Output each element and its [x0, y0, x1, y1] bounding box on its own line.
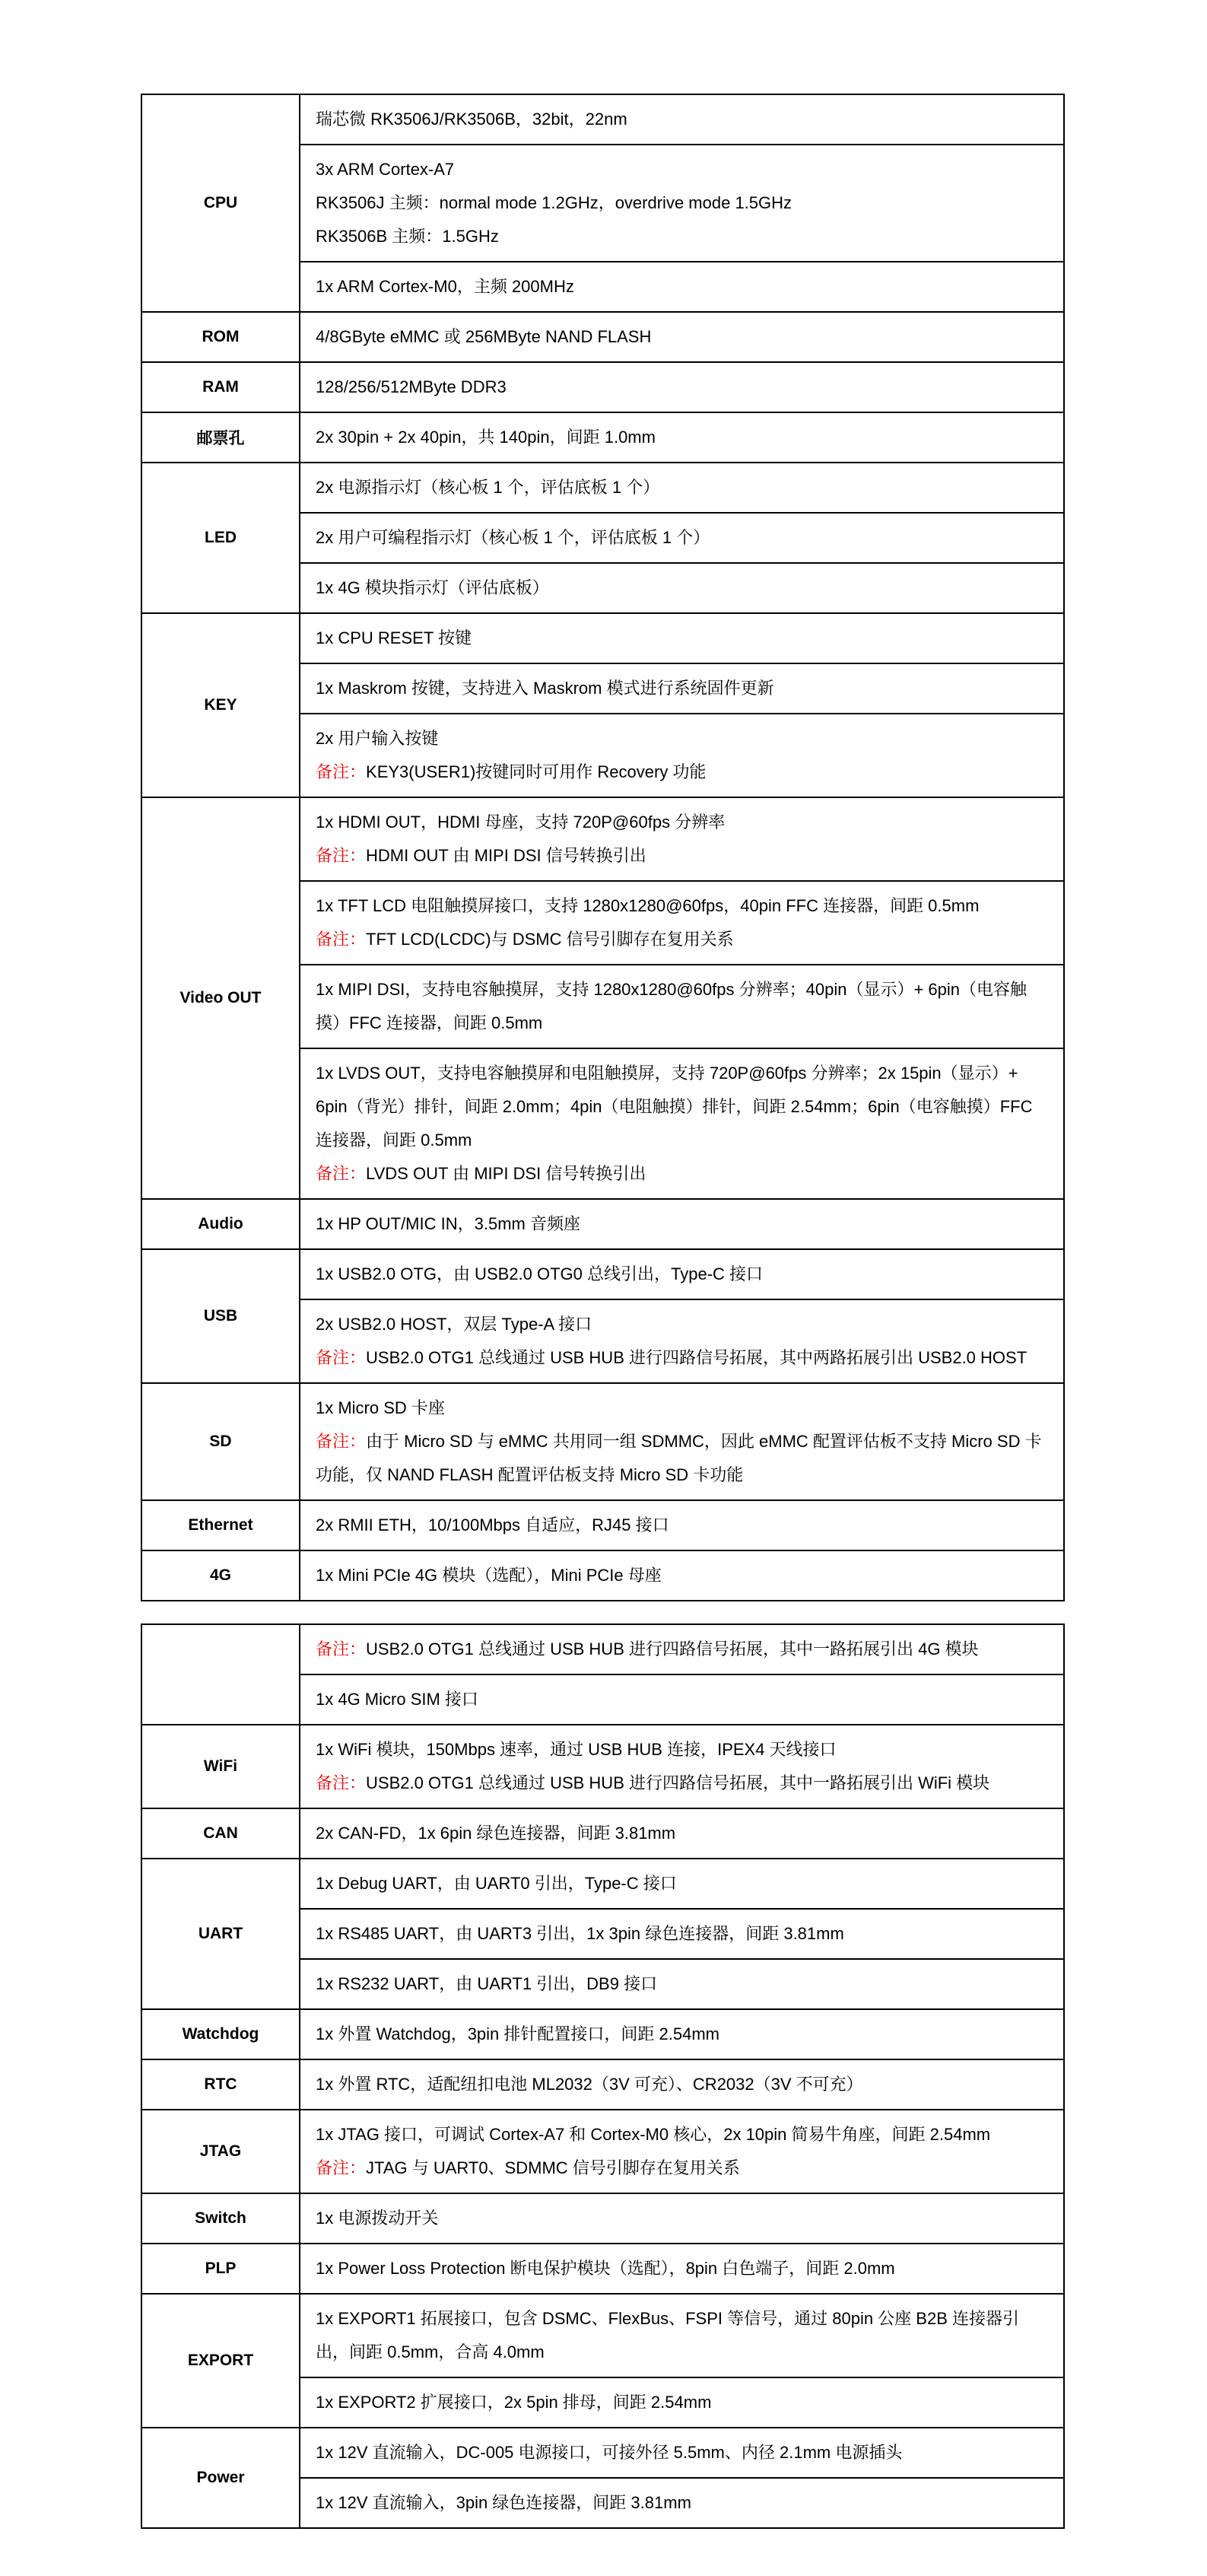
spec-row: WiFi 1x WiFi 模块，150Mbps 速率，通过 USB HUB 连接… [141, 1725, 1064, 1808]
spec-cell: 1x LVDS OUT，支持电容触摸屏和电阻触摸屏，支持 720P@60fps … [300, 1048, 1064, 1199]
spec-note-text: USB2.0 OTG1 总线通过 USB HUB 进行四路信号拓展，其中一路拓展… [366, 1639, 979, 1658]
spec-line: 1x Maskrom 按键，支持进入 Maskrom 模式进行系统固件更新 [316, 672, 1048, 705]
note-prefix: 备注： [316, 1348, 366, 1367]
spec-cell: 4/8GByte eMMC 或 256MByte NAND FLASH [300, 312, 1064, 362]
spec-note: 备注：JTAG 与 UART0、SDMMC 信号引脚存在复用关系 [316, 2151, 1048, 2185]
spec-row: Video OUT 1x HDMI OUT，HDMI 母座，支持 720P@60… [141, 797, 1064, 881]
spec-cell: 2x 用户可编程指示灯（核心板 1 个，评估底板 1 个） [300, 513, 1064, 563]
spec-cell: 1x HDMI OUT，HDMI 母座，支持 720P@60fps 分辨率 备注… [300, 797, 1064, 881]
spec-line: 1x WiFi 模块，150Mbps 速率，通过 USB HUB 连接，IPEX… [316, 1733, 1048, 1767]
spec-row: RTC 1x 外置 RTC，适配纽扣电池 ML2032（3V 可充）、CR203… [141, 2059, 1064, 2110]
spec-cell: 2x 用户输入按键 备注：KEY3(USER1)按键同时可用作 Recovery… [300, 714, 1064, 797]
spec-line: RK3506J 主频：normal mode 1.2GHz，overdrive … [316, 186, 1048, 220]
spec-row: 4G 1x Mini PCIe 4G 模块（选配），Mini PCIe 母座 [141, 1550, 1064, 1601]
spec-cell: 1x EXPORT1 拓展接口，包含 DSMC、FlexBus、FSPI 等信号… [300, 2294, 1064, 2377]
spec-line: 1x CPU RESET 按键 [316, 622, 1048, 655]
spec-row: Switch 1x 电源拨动开关 [141, 2193, 1064, 2244]
spec-row: 备注：USB2.0 OTG1 总线通过 USB HUB 进行四路信号拓展，其中一… [141, 1624, 1064, 1674]
spec-line: 1x Micro SD 卡座 [316, 1391, 1048, 1425]
spec-cell: 1x RS485 UART，由 UART3 引出，1x 3pin 绿色连接器，间… [300, 1909, 1064, 1959]
category-label-ethernet: Ethernet [141, 1500, 300, 1550]
spec-cell: 1x 4G 模块指示灯（评估底板） [300, 563, 1064, 613]
spec-row: Power 1x 12V 直流输入，DC-005 电源接口，可接外径 5.5mm… [141, 2428, 1064, 2478]
spec-line: 2x CAN-FD，1x 6pin 绿色连接器，间距 3.81mm [316, 1817, 1048, 1850]
note-prefix: 备注： [316, 1432, 366, 1451]
spec-cell: 1x USB2.0 OTG，由 USB2.0 OTG0 总线引出，Type-C … [300, 1249, 1064, 1299]
spec-row: JTAG 1x JTAG 接口，可调试 Cortex-A7 和 Cortex-M… [141, 2110, 1064, 2193]
spec-row: Watchdog 1x 外置 Watchdog，3pin 排针配置接口，间距 2… [141, 2009, 1064, 2059]
category-label-ram: RAM [141, 362, 300, 412]
spec-cell: 1x JTAG 接口，可调试 Cortex-A7 和 Cortex-M0 核心，… [300, 2110, 1064, 2193]
spec-cell: 1x HP OUT/MIC IN，3.5mm 音频座 [300, 1199, 1064, 1249]
spec-line: 瑞芯微 RK3506J/RK3506B，32bit，22nm [316, 103, 1048, 136]
spec-table-1: CPU 瑞芯微 RK3506J/RK3506B，32bit，22nm 3x AR… [141, 94, 1065, 1601]
spec-row: KEY 1x CPU RESET 按键 [141, 613, 1064, 663]
spec-cell: 1x Power Loss Protection 断电保护模块（选配），8pin… [300, 2244, 1064, 2294]
spec-note: 备注：USB2.0 OTG1 总线通过 USB HUB 进行四路信号拓展，其中一… [316, 1633, 1048, 1666]
category-label-wifi: WiFi [141, 1725, 300, 1808]
spec-note: 备注：由于 Micro SD 与 eMMC 共用同一组 SDMMC，因此 eMM… [316, 1425, 1048, 1492]
category-label-video-out: Video OUT [141, 797, 300, 1199]
spec-row: PLP 1x Power Loss Protection 断电保护模块（选配），… [141, 2244, 1064, 2294]
category-label-led: LED [141, 463, 300, 613]
spec-line: 2x 电源指示灯（核心板 1 个，评估底板 1 个） [316, 471, 1048, 504]
category-label-4g-continued [141, 1624, 300, 1725]
spec-note: 备注：LVDS OUT 由 MIPI DSI 信号转换引出 [316, 1157, 1048, 1191]
spec-line: 4/8GByte eMMC 或 256MByte NAND FLASH [316, 320, 1048, 354]
spec-note: 备注：USB2.0 OTG1 总线通过 USB HUB 进行四路信号拓展，其中一… [316, 1767, 1048, 1800]
spec-cell: 2x CAN-FD，1x 6pin 绿色连接器，间距 3.81mm [300, 1808, 1064, 1859]
category-label-plp: PLP [141, 2244, 300, 2294]
category-label-jtag: JTAG [141, 2110, 300, 2193]
spec-line: 1x JTAG 接口，可调试 Cortex-A7 和 Cortex-M0 核心，… [316, 2118, 1048, 2151]
category-label-rtc: RTC [141, 2059, 300, 2110]
spec-row: CPU 瑞芯微 RK3506J/RK3506B，32bit，22nm [141, 94, 1064, 145]
spec-cell: 1x 12V 直流输入，3pin 绿色连接器，间距 3.81mm [300, 2478, 1064, 2528]
spec-line: 2x 用户输入按键 [316, 722, 1048, 755]
spec-line: 1x 外置 Watchdog，3pin 排针配置接口，间距 2.54mm [316, 2018, 1048, 2051]
spec-cell: 1x TFT LCD 电阻触摸屏接口，支持 1280x1280@60fps，40… [300, 881, 1064, 965]
spec-row: RAM 128/256/512MByte DDR3 [141, 362, 1064, 412]
spec-line: 1x USB2.0 OTG，由 USB2.0 OTG0 总线引出，Type-C … [316, 1258, 1048, 1291]
spec-note: 备注：USB2.0 OTG1 总线通过 USB HUB 进行四路信号拓展，其中两… [316, 1341, 1048, 1375]
spec-line: 2x USB2.0 HOST，双层 Type-A 接口 [316, 1308, 1048, 1341]
spec-line: 1x 4G 模块指示灯（评估底板） [316, 571, 1048, 605]
spec-line: 1x HDMI OUT，HDMI 母座，支持 720P@60fps 分辨率 [316, 806, 1048, 839]
spec-cell: 1x CPU RESET 按键 [300, 613, 1064, 663]
note-prefix: 备注： [316, 930, 366, 949]
spec-cell: 1x MIPI DSI，支持电容触摸屏，支持 1280x1280@60fps 分… [300, 965, 1064, 1048]
category-label-cpu: CPU [141, 94, 300, 312]
category-label-rom: ROM [141, 312, 300, 362]
note-prefix: 备注： [316, 1164, 366, 1183]
spec-note-text: USB2.0 OTG1 总线通过 USB HUB 进行四路信号拓展，其中一路拓展… [366, 1773, 989, 1792]
note-prefix: 备注： [316, 2158, 366, 2177]
spec-line: 1x EXPORT1 拓展接口，包含 DSMC、FlexBus、FSPI 等信号… [316, 2302, 1048, 2369]
spec-cell: 2x RMII ETH，10/100Mbps 自适应，RJ45 接口 [300, 1500, 1064, 1550]
note-prefix: 备注： [316, 846, 366, 865]
spec-line: 1x 12V 直流输入，3pin 绿色连接器，间距 3.81mm [316, 2486, 1048, 2520]
spec-cell: 备注：USB2.0 OTG1 总线通过 USB HUB 进行四路信号拓展，其中一… [300, 1624, 1064, 1674]
spec-row: ROM 4/8GByte eMMC 或 256MByte NAND FLASH [141, 312, 1064, 362]
spec-cell: 128/256/512MByte DDR3 [300, 362, 1064, 412]
spec-cell: 1x Maskrom 按键，支持进入 Maskrom 模式进行系统固件更新 [300, 663, 1064, 714]
spec-note-text: LVDS OUT 由 MIPI DSI 信号转换引出 [366, 1164, 646, 1183]
spec-row: 邮票孔 2x 30pin + 2x 40pin，共 140pin，间距 1.0m… [141, 412, 1064, 463]
spec-line: 1x RS485 UART，由 UART3 引出，1x 3pin 绿色连接器，间… [316, 1917, 1048, 1951]
category-label-sd: SD [141, 1383, 300, 1500]
spec-row: UART 1x Debug UART，由 UART0 引出，Type-C 接口 [141, 1859, 1064, 1909]
spec-note-text: KEY3(USER1)按键同时可用作 Recovery 功能 [366, 762, 706, 781]
spec-line: 1x 12V 直流输入，DC-005 电源接口，可接外径 5.5mm、内径 2.… [316, 2436, 1048, 2469]
spec-note-text: TFT LCD(LCDC)与 DSMC 信号引脚存在复用关系 [366, 930, 734, 949]
spec-line: 1x 外置 RTC，适配纽扣电池 ML2032（3V 可充）、CR2032（3V… [316, 2068, 1048, 2101]
spec-note-text: USB2.0 OTG1 总线通过 USB HUB 进行四路信号拓展，其中两路拓展… [366, 1348, 1027, 1367]
spec-note: 备注：TFT LCD(LCDC)与 DSMC 信号引脚存在复用关系 [316, 923, 1048, 956]
spec-line: 1x Power Loss Protection 断电保护模块（选配），8pin… [316, 2252, 1048, 2285]
category-label-power: Power [141, 2428, 300, 2528]
spec-line: 1x EXPORT2 扩展接口，2x 5pin 排母，间距 2.54mm [316, 2386, 1048, 2419]
spec-note-text: JTAG 与 UART0、SDMMC 信号引脚存在复用关系 [366, 2158, 740, 2177]
spec-note-text: 由于 Micro SD 与 eMMC 共用同一组 SDMMC，因此 eMMC 配… [316, 1432, 1042, 1484]
spec-line: 1x MIPI DSI，支持电容触摸屏，支持 1280x1280@60fps 分… [316, 973, 1048, 1040]
spec-line: 1x Mini PCIe 4G 模块（选配），Mini PCIe 母座 [316, 1559, 1048, 1592]
category-label-audio: Audio [141, 1199, 300, 1249]
spec-cell: 1x RS232 UART，由 UART1 引出，DB9 接口 [300, 1959, 1064, 2009]
category-label-watchdog: Watchdog [141, 2009, 300, 2059]
spec-row: CAN 2x CAN-FD，1x 6pin 绿色连接器，间距 3.81mm [141, 1808, 1064, 1859]
spec-line: 1x RS232 UART，由 UART1 引出，DB9 接口 [316, 1967, 1048, 2001]
spec-line: 2x 30pin + 2x 40pin，共 140pin，间距 1.0mm [316, 421, 1048, 454]
spec-line: 1x TFT LCD 电阻触摸屏接口，支持 1280x1280@60fps，40… [316, 889, 1048, 923]
spec-cell: 3x ARM Cortex-A7 RK3506J 主频：normal mode … [300, 145, 1064, 262]
spec-row: Audio 1x HP OUT/MIC IN，3.5mm 音频座 [141, 1199, 1064, 1249]
category-label-stamp-holes: 邮票孔 [141, 412, 300, 463]
spec-row: LED 2x 电源指示灯（核心板 1 个，评估底板 1 个） [141, 463, 1064, 513]
spec-row: SD 1x Micro SD 卡座 备注：由于 Micro SD 与 eMMC … [141, 1383, 1064, 1500]
category-label-4g: 4G [141, 1550, 300, 1601]
note-prefix: 备注： [316, 762, 366, 781]
spec-cell: 1x 12V 直流输入，DC-005 电源接口，可接外径 5.5mm、内径 2.… [300, 2428, 1064, 2478]
spec-cell: 2x 30pin + 2x 40pin，共 140pin，间距 1.0mm [300, 412, 1064, 463]
spec-line: 1x HP OUT/MIC IN，3.5mm 音频座 [316, 1207, 1048, 1241]
spec-cell: 1x EXPORT2 扩展接口，2x 5pin 排母，间距 2.54mm [300, 2377, 1064, 2428]
spec-line: 1x Debug UART，由 UART0 引出，Type-C 接口 [316, 1867, 1048, 1900]
spec-cell: 2x 电源指示灯（核心板 1 个，评估底板 1 个） [300, 463, 1064, 513]
spec-cell: 1x Mini PCIe 4G 模块（选配），Mini PCIe 母座 [300, 1550, 1064, 1601]
category-label-key: KEY [141, 613, 300, 797]
spec-note: 备注：HDMI OUT 由 MIPI DSI 信号转换引出 [316, 839, 1048, 873]
note-prefix: 备注： [316, 1639, 366, 1658]
category-label-uart: UART [141, 1859, 300, 2009]
spec-document: CPU 瑞芯微 RK3506J/RK3506B，32bit，22nm 3x AR… [0, 0, 1207, 2576]
category-label-switch: Switch [141, 2193, 300, 2244]
spec-cell: 1x WiFi 模块，150Mbps 速率，通过 USB HUB 连接，IPEX… [300, 1725, 1064, 1808]
spec-line: 1x LVDS OUT，支持电容触摸屏和电阻触摸屏，支持 720P@60fps … [316, 1057, 1048, 1157]
spec-cell: 1x Micro SD 卡座 备注：由于 Micro SD 与 eMMC 共用同… [300, 1383, 1064, 1500]
spec-line: 2x RMII ETH，10/100Mbps 自适应，RJ45 接口 [316, 1509, 1048, 1542]
spec-cell: 1x Debug UART，由 UART0 引出，Type-C 接口 [300, 1859, 1064, 1909]
spec-line: 1x ARM Cortex-M0，主频 200MHz [316, 270, 1048, 304]
note-prefix: 备注： [316, 1773, 366, 1792]
spec-cell: 1x 外置 Watchdog，3pin 排针配置接口，间距 2.54mm [300, 2009, 1064, 2059]
spec-line: 1x 电源拨动开关 [316, 2202, 1048, 2235]
spec-line: 3x ARM Cortex-A7 [316, 153, 1048, 186]
spec-row: USB 1x USB2.0 OTG，由 USB2.0 OTG0 总线引出，Typ… [141, 1249, 1064, 1299]
spec-line: 128/256/512MByte DDR3 [316, 370, 1048, 404]
category-label-usb: USB [141, 1249, 300, 1383]
spec-row: Ethernet 2x RMII ETH，10/100Mbps 自适应，RJ45… [141, 1500, 1064, 1550]
spec-line: 2x 用户可编程指示灯（核心板 1 个，评估底板 1 个） [316, 521, 1048, 555]
spec-cell: 瑞芯微 RK3506J/RK3506B，32bit，22nm [300, 94, 1064, 145]
spec-cell: 1x 4G Micro SIM 接口 [300, 1674, 1064, 1725]
spec-cell: 2x USB2.0 HOST，双层 Type-A 接口 备注：USB2.0 OT… [300, 1299, 1064, 1383]
spec-cell: 1x 外置 RTC，适配纽扣电池 ML2032（3V 可充）、CR2032（3V… [300, 2059, 1064, 2110]
spec-cell: 1x ARM Cortex-M0，主频 200MHz [300, 262, 1064, 312]
spec-row: EXPORT 1x EXPORT1 拓展接口，包含 DSMC、FlexBus、F… [141, 2294, 1064, 2377]
category-label-can: CAN [141, 1808, 300, 1859]
spec-table-2: 备注：USB2.0 OTG1 总线通过 USB HUB 进行四路信号拓展，其中一… [141, 1624, 1065, 2529]
spec-line: RK3506B 主频：1.5GHz [316, 220, 1048, 253]
category-label-export: EXPORT [141, 2294, 300, 2428]
spec-note: 备注：KEY3(USER1)按键同时可用作 Recovery 功能 [316, 755, 1048, 789]
spec-note-text: HDMI OUT 由 MIPI DSI 信号转换引出 [366, 846, 646, 865]
spec-line: 1x 4G Micro SIM 接口 [316, 1683, 1048, 1716]
spec-cell: 1x 电源拨动开关 [300, 2193, 1064, 2244]
